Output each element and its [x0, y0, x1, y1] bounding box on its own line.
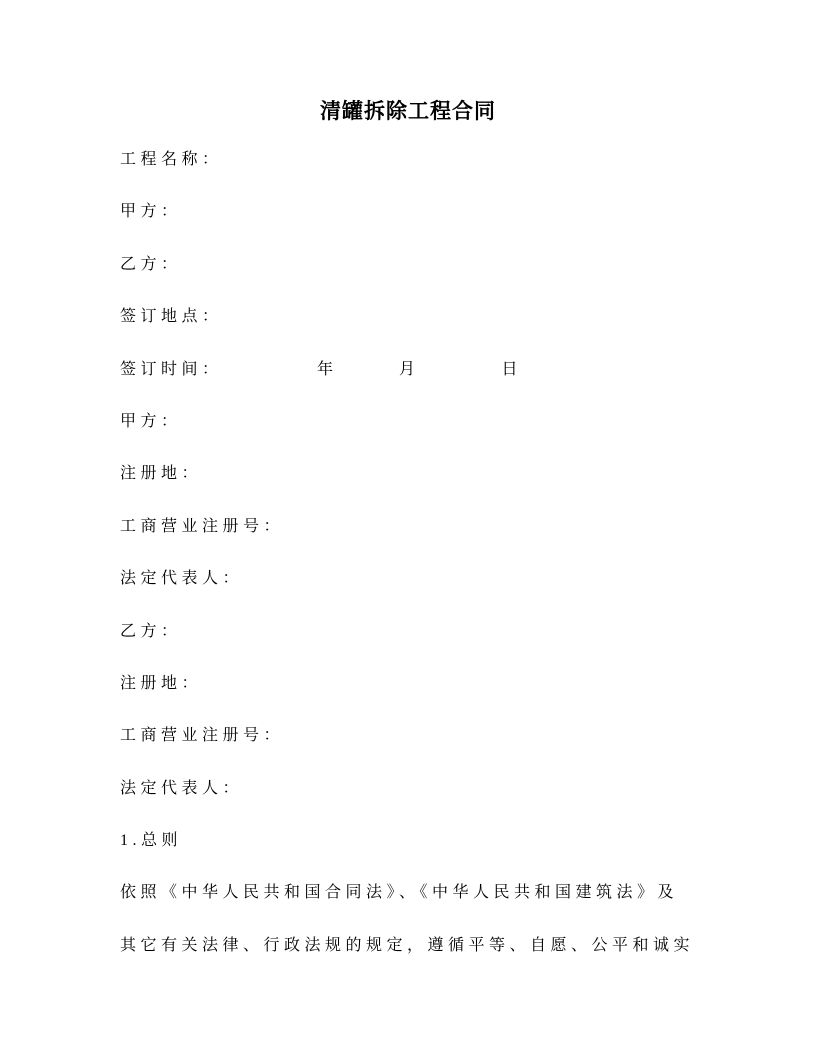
field-party-a: 甲方：: [120, 186, 716, 238]
document-body: 工程名称： 甲方： 乙方： 签订地点： 签订时间： 年 月 日 甲方： 注册地：…: [0, 134, 816, 972]
field-signing-date: 签订时间： 年 月 日: [120, 344, 716, 396]
document-page: 清罐拆除工程合同 工程名称： 甲方： 乙方： 签订地点： 签订时间： 年 月 日…: [0, 0, 816, 1056]
field-party-a-registered-address: 注册地：: [120, 448, 716, 500]
field-party-b-registered-address: 注册地：: [120, 658, 716, 710]
field-project-name: 工程名称：: [120, 134, 716, 186]
paragraph-legal-basis-line-2: 其它有关法律、行政法规的规定，遵循平等、自愿、公平和诚实: [120, 920, 716, 972]
field-party-b-business-registration-no: 工商营业注册号：: [120, 710, 716, 762]
paragraph-legal-basis-line-1: 依照《中华人民共和国合同法》、《中华人民共和国建筑法》及: [120, 867, 716, 919]
field-party-a-details: 甲方：: [120, 396, 716, 448]
document-title: 清罐拆除工程合同: [0, 0, 816, 126]
field-party-b: 乙方：: [120, 239, 716, 291]
field-party-b-details: 乙方：: [120, 606, 716, 658]
field-signing-place: 签订地点：: [120, 291, 716, 343]
field-party-a-business-registration-no: 工商营业注册号：: [120, 501, 716, 553]
field-party-b-legal-representative: 法定代表人：: [120, 763, 716, 815]
section-heading-general-provisions: 1.总则: [120, 815, 716, 867]
field-party-a-legal-representative: 法定代表人：: [120, 553, 716, 605]
